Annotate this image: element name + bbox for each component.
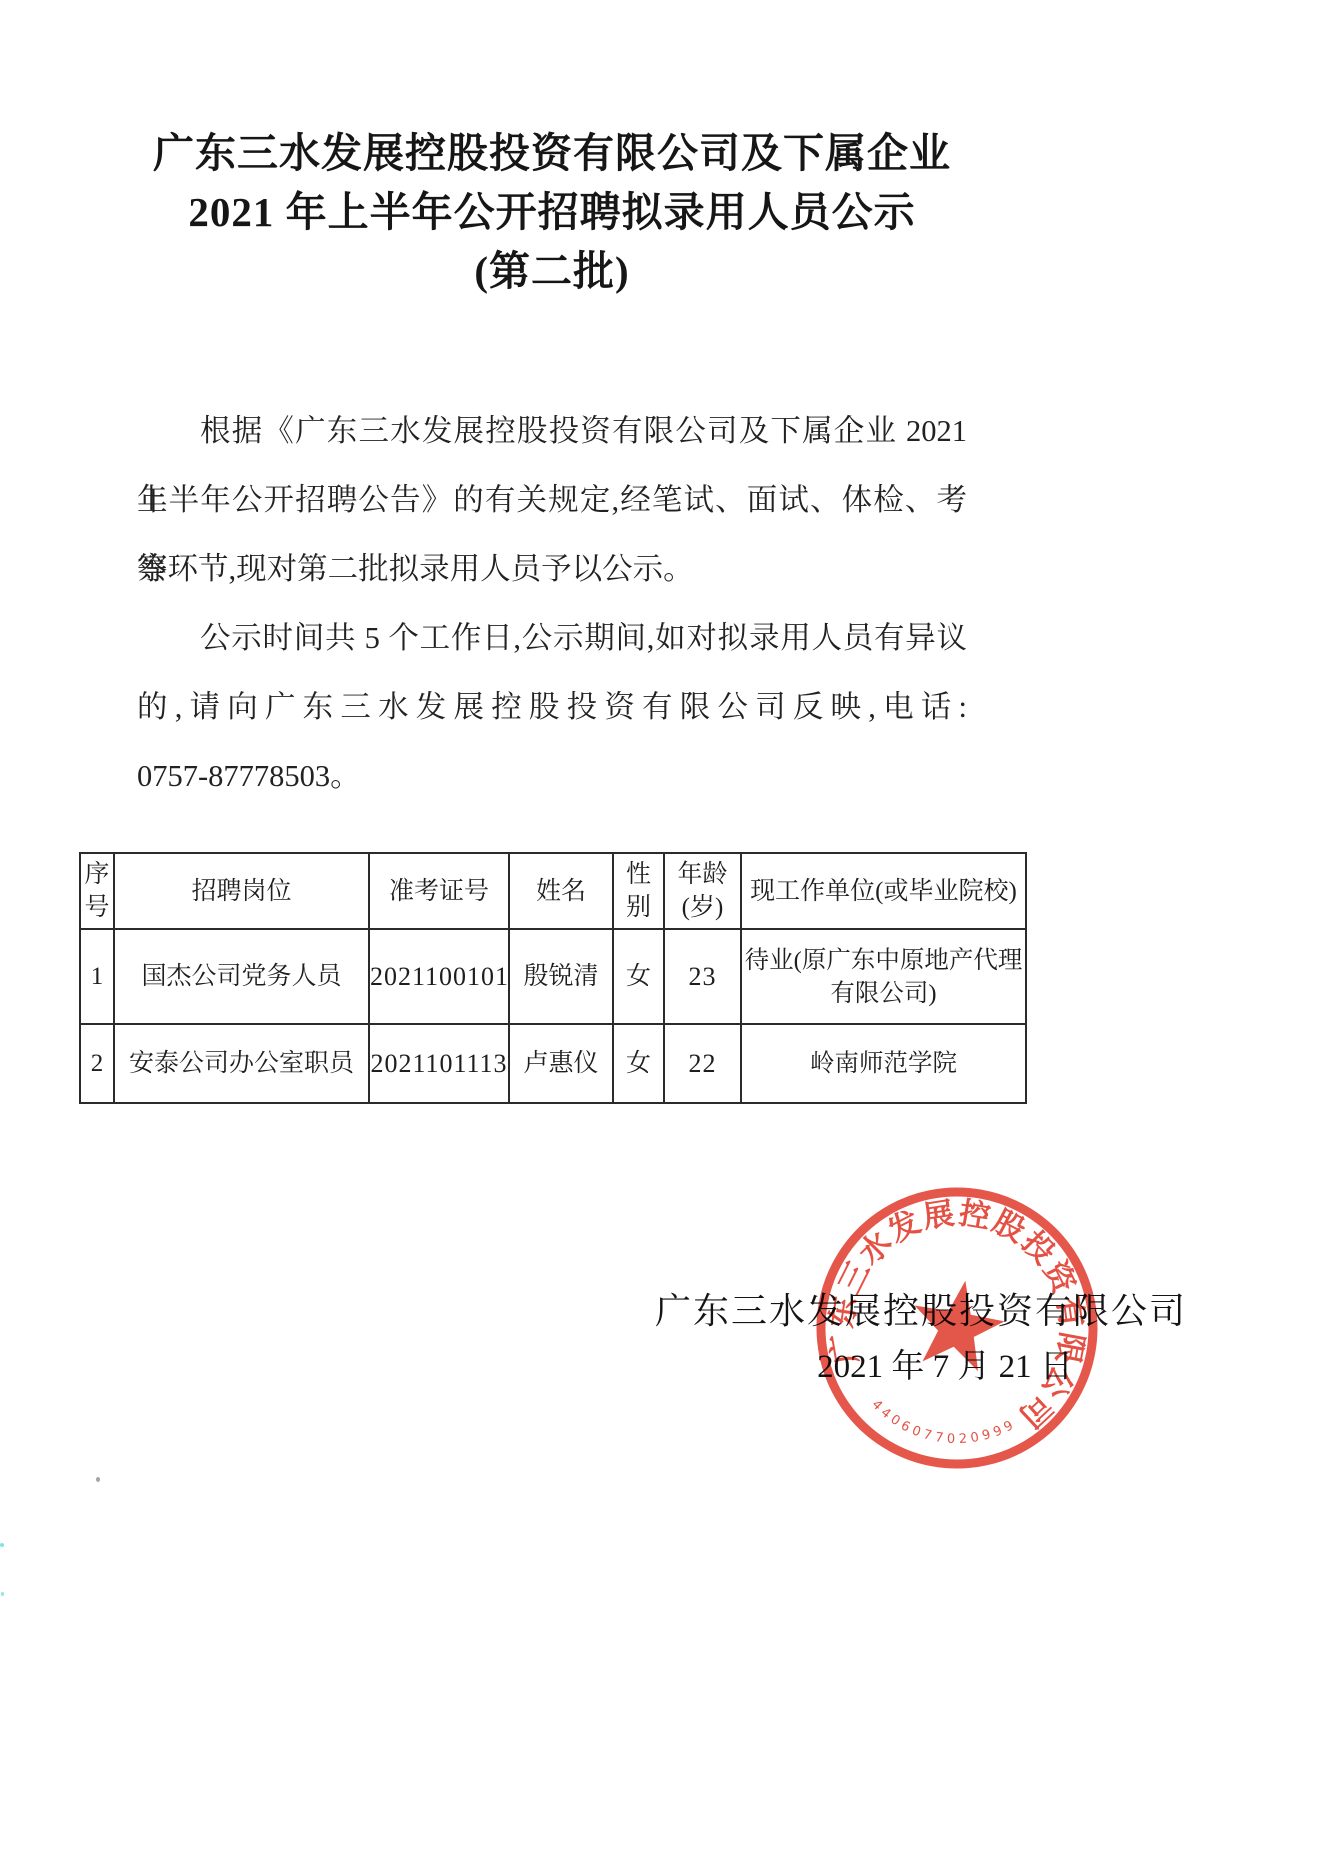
svg-text:4406077020999: 4406077020999	[864, 1392, 1021, 1460]
col-header-position: 招聘岗位	[114, 853, 369, 929]
document-title: 广东三水发展控股投资有限公司及下属企业 2021 年上半年公开招聘拟录用人员公示…	[137, 124, 967, 301]
cell-current-unit: 岭南师范学院	[741, 1024, 1026, 1103]
cell-index: 2	[80, 1024, 114, 1103]
announcement-body: 根据《广东三水发展控股投资有限公司及下属企业 2021 年 上半年公开招聘公告》…	[137, 397, 967, 811]
col-header-index: 序 号	[80, 853, 114, 929]
body-line: 根据《广东三水发展控股投资有限公司及下属企业 2021 年	[137, 397, 967, 466]
col-header-ticket-no: 准考证号	[369, 853, 509, 929]
cell-position: 国杰公司党务人员	[114, 929, 369, 1024]
body-line: 上半年公开招聘公告》的有关规定,经笔试、面试、体检、考察	[137, 466, 967, 535]
body-line: 公示时间共 5 个工作日,公示期间,如对拟录用人员有异议	[137, 604, 967, 673]
body-line: 0757-87778503。	[137, 742, 967, 811]
scan-artifact	[0, 1543, 4, 1547]
table-row: 2 安泰公司办公室职员 2021101113 卢惠仪 女 22 岭南师范学院	[80, 1024, 1026, 1103]
cell-ticket-no: 2021101113	[369, 1024, 509, 1103]
col-header-gender: 性 别	[613, 853, 664, 929]
signature-date: 2021 年 7 月 21 日	[800, 1340, 1090, 1387]
cell-age: 22	[664, 1024, 741, 1103]
scan-artifact	[96, 1477, 100, 1482]
title-line-1: 广东三水发展控股投资有限公司及下属企业	[137, 124, 967, 183]
body-line: 等环节,现对第二批拟录用人员予以公示。	[137, 535, 967, 604]
title-line-3: (第二批)	[137, 242, 967, 301]
cell-ticket-no: 2021100101	[369, 929, 509, 1024]
cell-gender: 女	[613, 929, 664, 1024]
table-header-row: 序 号 招聘岗位 准考证号 姓名 性 别 年龄 (岁) 现工作单位(或毕业院校)	[80, 853, 1026, 929]
cell-name: 卢惠仪	[509, 1024, 613, 1103]
col-header-current-unit: 现工作单位(或毕业院校)	[741, 853, 1026, 929]
seal-serial-number: 4406077020999	[864, 1392, 1021, 1460]
cell-gender: 女	[613, 1024, 664, 1103]
signature-company-name: 广东三水发展控股投资有限公司	[655, 1283, 1175, 1334]
cell-age: 23	[664, 929, 741, 1024]
cell-name: 殷锐清	[509, 929, 613, 1024]
cell-position: 安泰公司办公室职员	[114, 1024, 369, 1103]
candidates-table: 序 号 招聘岗位 准考证号 姓名 性 别 年龄 (岁) 现工作单位(或毕业院校)…	[79, 852, 1027, 1104]
table-row: 1 国杰公司党务人员 2021100101 殷锐清 女 23 待业(原广东中原地…	[80, 929, 1026, 1024]
cell-current-unit: 待业(原广东中原地产代理 有限公司)	[741, 929, 1026, 1024]
document-page: 广东三水发展控股投资有限公司及下属企业 2021 年上半年公开招聘拟录用人员公示…	[0, 0, 1317, 1864]
col-header-name: 姓名	[509, 853, 613, 929]
body-line: 的,请向广东三水发展控股投资有限公司反映,电话:	[137, 673, 967, 742]
title-line-2: 2021 年上半年公开招聘拟录用人员公示	[137, 183, 967, 242]
col-header-age: 年龄 (岁)	[664, 853, 741, 929]
cell-index: 1	[80, 929, 114, 1024]
scan-artifact	[1, 1592, 4, 1596]
